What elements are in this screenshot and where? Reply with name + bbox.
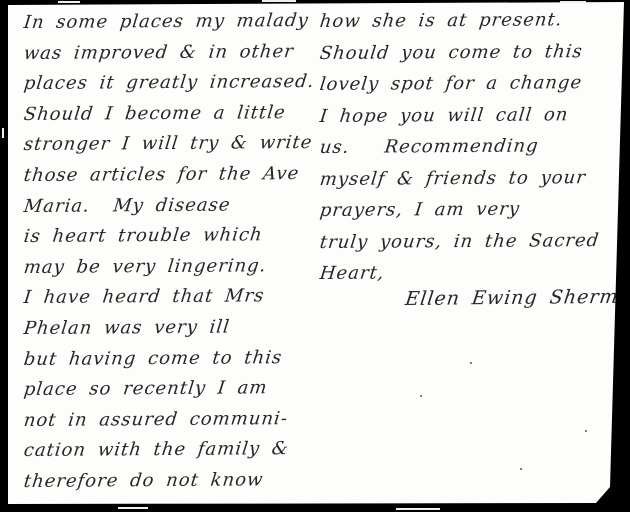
scan-noise-speck	[396, 508, 440, 510]
handwritten-line: Phelan was very ill	[22, 312, 322, 345]
scan-noise-speck	[560, 1, 586, 3]
scanned-letter-page: In some places my maladywas improved & i…	[0, 0, 630, 512]
letter-paper: In some places my maladywas improved & i…	[0, 0, 630, 512]
signature-line: Ellen Ewing Sherman	[404, 286, 630, 310]
handwritten-line: lovely spot for a change	[318, 67, 627, 101]
handwritten-line: was improved & in other	[22, 37, 322, 70]
letter-left-column: In some places my maladywas improved & i…	[22, 8, 318, 498]
ink-speck	[585, 430, 587, 432]
handwritten-line: but having come to this	[22, 342, 322, 375]
scan-noise-speck	[58, 1, 80, 3]
ink-speck	[470, 362, 472, 364]
handwritten-line: cation with the family &	[22, 434, 322, 467]
handwritten-line: is heart trouble which	[22, 220, 322, 253]
scan-noise-speck	[2, 128, 4, 138]
ink-speck	[420, 395, 422, 397]
handwritten-line: Maria. My disease	[22, 189, 322, 222]
handwritten-line: prayers, I am very	[318, 193, 627, 227]
letter-right-column: how she is at present.Should you come to…	[318, 6, 623, 290]
handwritten-line: place so recently I am	[22, 373, 322, 406]
handwritten-line: Should you come to this	[318, 35, 627, 69]
handwritten-line: myself & friends to your	[318, 161, 627, 195]
handwritten-line: how she is at present.	[318, 4, 627, 38]
handwritten-line: Heart,	[318, 256, 627, 290]
handwritten-line: I hope you will call on	[318, 98, 627, 132]
handwritten-line: truly yours, in the Sacred	[318, 224, 627, 258]
handwritten-line: stronger I will try & write	[22, 128, 322, 161]
ink-speck	[520, 468, 522, 470]
scan-noise-speck	[262, 0, 296, 2]
scan-noise-speck	[118, 507, 148, 509]
handwritten-line: us. Recommending	[318, 130, 627, 164]
handwritten-line: Should I become a little	[22, 98, 322, 131]
handwritten-line: I have heard that Mrs	[22, 281, 322, 314]
handwritten-line: may be very lingering.	[22, 251, 322, 284]
handwritten-line: In some places my malady	[22, 6, 322, 39]
handwritten-line: therefore do not know	[22, 465, 322, 498]
handwritten-line: places it greatly increased.	[22, 67, 322, 100]
handwritten-line: those articles for the Ave	[22, 159, 322, 192]
handwritten-line: not in assured communi-	[22, 404, 322, 437]
